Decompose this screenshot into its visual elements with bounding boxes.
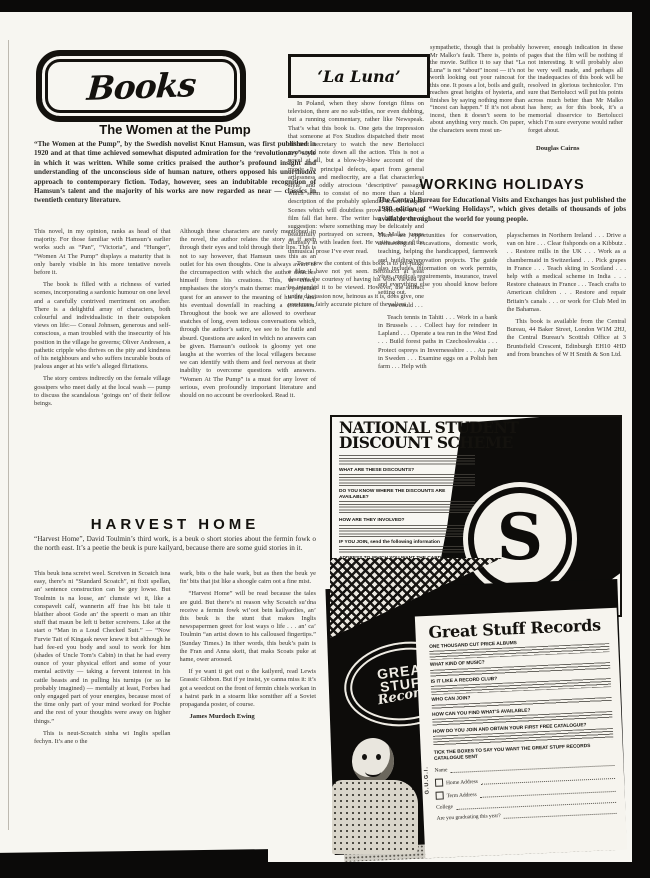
women-column-1: This novel, in my opinion, ranks as head…: [34, 228, 171, 476]
scan-edge-line: [8, 40, 9, 830]
paragraph: This is neut-Scoatch sinha wi Inglis spe…: [34, 730, 171, 746]
working-holidays-column-2: playschemes in Northern Ireland . . . Dr…: [507, 232, 627, 412]
fine-print-lines: [339, 501, 475, 515]
harvest-home-byline: James Murdoch Ewing: [190, 713, 317, 721]
la-luna-continuation-column-1: sympathetic, though that is probably Mr …: [430, 44, 525, 150]
paragraph: playschemes in Northern Ireland . . . Dr…: [507, 232, 627, 314]
gsr-form-row-graduating: Are you graduating this year?: [437, 808, 617, 822]
clown-body: [332, 780, 418, 854]
books-section-logo: Books: [36, 50, 246, 122]
women-article-intro: “The Women at the Pump”, by the Swedish …: [34, 140, 316, 226]
nsds-headline-line2: DISCOUNT SCHEME: [339, 436, 534, 451]
scan-bottom-smudge: [0, 849, 268, 862]
nsds-lead-1: WHAT ARE THESE DISCOUNTS?: [339, 468, 475, 473]
college-field-label: College: [436, 804, 453, 811]
clown-illustration: [332, 734, 418, 854]
article-title-harvest-home: HARVEST HOME: [34, 516, 316, 533]
paragraph: You could . . .: [378, 302, 498, 310]
gsr-tick-instruction: TICK THE BOXES TO SAY YOU WANT THE GREAT…: [434, 743, 614, 762]
harvest-home-columns: This beuk isna screivt weel. Screiven in…: [34, 570, 316, 830]
harvest-column-2: wark, bits o the hale wark, but as then …: [180, 570, 317, 830]
paragraph: If ye want ti get out o the kailyerd, re…: [180, 668, 317, 709]
checkbox-icon: [435, 778, 443, 786]
article-title-women-at-the-pump: The Women at the Pump: [34, 122, 316, 137]
fine-print-lines: [339, 546, 475, 553]
harvest-column-1: This beuk isna screivt weel. Screiven in…: [34, 570, 171, 830]
paragraph: This beuk isna screivt weel. Screiven in…: [34, 570, 171, 726]
term-address-field-line: [480, 786, 616, 798]
paragraph: “Harvest Home” will be read because the …: [180, 590, 317, 664]
great-stuff-records-ad: GREAT STUFF Records Great Stuff Records …: [330, 558, 622, 860]
gsr-side-vertical-text: G.U.G.I.: [423, 766, 430, 794]
graduating-question-label: Are you graduating this year?: [437, 813, 501, 822]
la-luna-heading-box: ‘La Luna’: [288, 54, 430, 98]
gsr-white-panel: Great Stuff Records ONE THOUSAND CUT PRI…: [415, 608, 627, 859]
working-holidays-intro: The Central Bureau for Educational Visit…: [378, 196, 626, 230]
paragraph: The book is filled with a richness of va…: [34, 281, 171, 371]
la-luna-continuation-column-2: however, enough indication in these page…: [528, 44, 623, 142]
fine-print-lines: [339, 474, 475, 486]
la-luna-byline: Douglas Cairns: [536, 145, 626, 152]
nsds-lead-2: DO YOU KNOW WHERE THE DISCOUNTS ARE AVAI…: [339, 489, 475, 500]
clown-eye: [376, 754, 381, 760]
paragraph: This novel, in my opinion, ranks as head…: [34, 228, 171, 277]
clown-mouth: [365, 766, 381, 777]
home-address-field-line: [481, 773, 615, 785]
name-field-label: Name: [434, 767, 447, 774]
women-article-columns: This novel, in my opinion, ranks as head…: [34, 228, 316, 476]
paragraph: The story centres indirectly on the fema…: [34, 375, 171, 408]
nsds-lead-3: HOW ARE THEY INVOLVED?: [339, 518, 475, 523]
paragraph: There are opportunities for conservation…: [378, 232, 498, 298]
article-title-working-holidays: WORKING HOLIDAYS: [378, 177, 626, 193]
checkbox-icon: [435, 791, 443, 799]
harvest-home-intro: “Harvest Home”, David Toulmin’s third wo…: [34, 535, 316, 569]
working-holidays-column-1: There are opportunities for conservation…: [378, 232, 498, 412]
nsds-fine-print: WHAT ARE THESE DISCOUNTS? DO YOU KNOW WH…: [339, 454, 475, 561]
paragraph: This book is available from the Central …: [507, 318, 627, 359]
home-address-field-label: Home Address: [446, 779, 478, 786]
fine-print-lines: [339, 525, 475, 537]
clown-head: [352, 738, 394, 784]
paragraph: Teach tennis in Tahiti . . . Work in a b…: [378, 314, 498, 371]
graduating-field-line: [504, 808, 617, 819]
term-address-field-label: Term Address: [447, 792, 477, 799]
nsds-headline: NATIONAL STUDENT DISCOUNT SCHEME: [339, 421, 534, 450]
working-holidays-columns: There are opportunities for conservation…: [378, 232, 626, 412]
fine-print-lines: [339, 455, 475, 465]
books-logo-text: Books: [85, 65, 196, 108]
scanned-newspaper-page: Books The Women at the Pump “The Women a…: [0, 12, 632, 862]
clown-eye: [362, 754, 367, 760]
nsds-lead-4: IF YOU JOIN, send the following informat…: [339, 540, 475, 545]
article-title-la-luna: ‘La Luna’: [317, 67, 400, 86]
paragraph: wark, bits o the hale wark, but as then …: [180, 570, 317, 586]
